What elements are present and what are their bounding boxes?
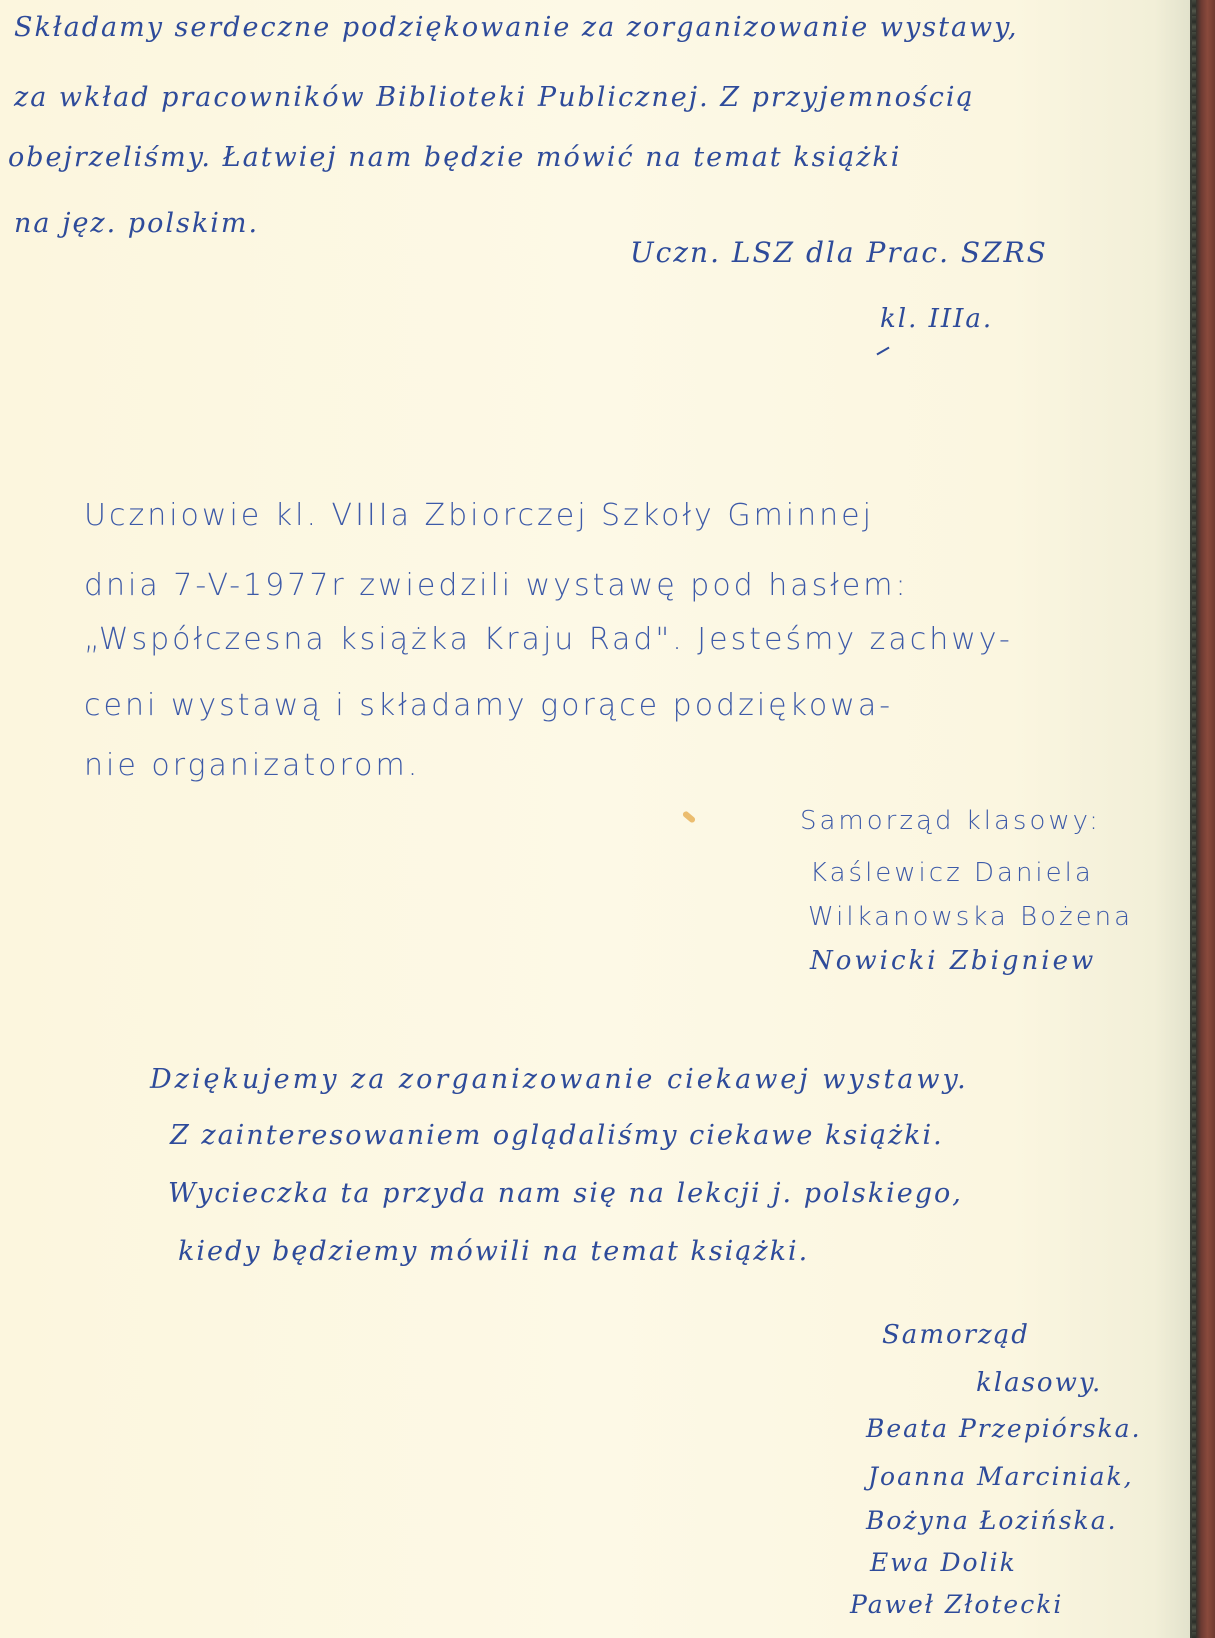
entry-3-signer-1: Beata Przepiórska.	[866, 1414, 1142, 1443]
entry-3-signer-2: Joanna Marciniak,	[868, 1462, 1134, 1491]
entry-3-signer-4: Ewa Dolik	[870, 1548, 1017, 1577]
entry-3-line-4: kiedy będziemy mówili na temat książki.	[178, 1236, 809, 1267]
entry-1-signature-school: Uczn. LSZ dla Prac. SZRS	[630, 236, 1048, 269]
entry-3-signature-heading-1: Samorząd	[882, 1320, 1030, 1350]
entry-3-signer-5: Paweł Złotecki	[850, 1590, 1063, 1619]
entry-2-line-1: Uczniowie kl. VIIIa Zbiorczej Szkoły Gmi…	[84, 498, 874, 533]
entry-3-line-2: Z zainteresowaniem oglądaliśmy ciekawe k…	[170, 1120, 944, 1151]
entry-3-signer-3: Bożyna Łozińska.	[866, 1506, 1118, 1535]
entry-2-line-2: dnia 7-V-1977r zwiedzili wystawę pod has…	[84, 568, 909, 603]
entry-3-line-3: Wycieczka ta przyda nam się na lekcji j.…	[168, 1178, 963, 1209]
binding-stitching	[1192, 0, 1196, 1638]
entry-2-line-4: ceni wystawą i składamy gorące podziękow…	[84, 688, 893, 723]
entry-2-signer-2: Wilkanowska Bożena	[808, 902, 1133, 932]
entry-2-line-5: nie organizatorom.	[84, 748, 420, 783]
entry-1-line-4: na jęz. polskim.	[14, 208, 259, 239]
entry-1-line-3: obejrzeliśmy. Łatwiej nam będzie mówić n…	[8, 142, 901, 173]
entry-3-line-1: Dziękujemy za zorganizowanie ciekawej wy…	[150, 1064, 969, 1095]
entry-2-signer-3: Nowicki Zbigniew	[810, 946, 1096, 976]
ink-tick-mark	[876, 347, 889, 356]
paper-stain	[682, 810, 697, 824]
entry-1-line-2: za wkład pracowników Biblioteki Publiczn…	[14, 82, 975, 113]
entry-1-line-1: Składamy serdeczne podziękowanie za zorg…	[14, 12, 1018, 43]
entry-1-signature-class: kl. IIIa.	[880, 304, 993, 334]
entry-2-signer-1: Kaślewicz Daniela	[810, 858, 1094, 888]
entry-2-signature-heading: Samorząd klasowy:	[800, 806, 1101, 836]
entry-3-signature-heading-2: klasowy.	[976, 1368, 1102, 1398]
guestbook-page: Składamy serdeczne podziękowanie za zorg…	[0, 0, 1190, 1638]
entry-2-line-3: „Współczesna książka Kraju Rad". Jesteśm…	[84, 622, 1013, 657]
